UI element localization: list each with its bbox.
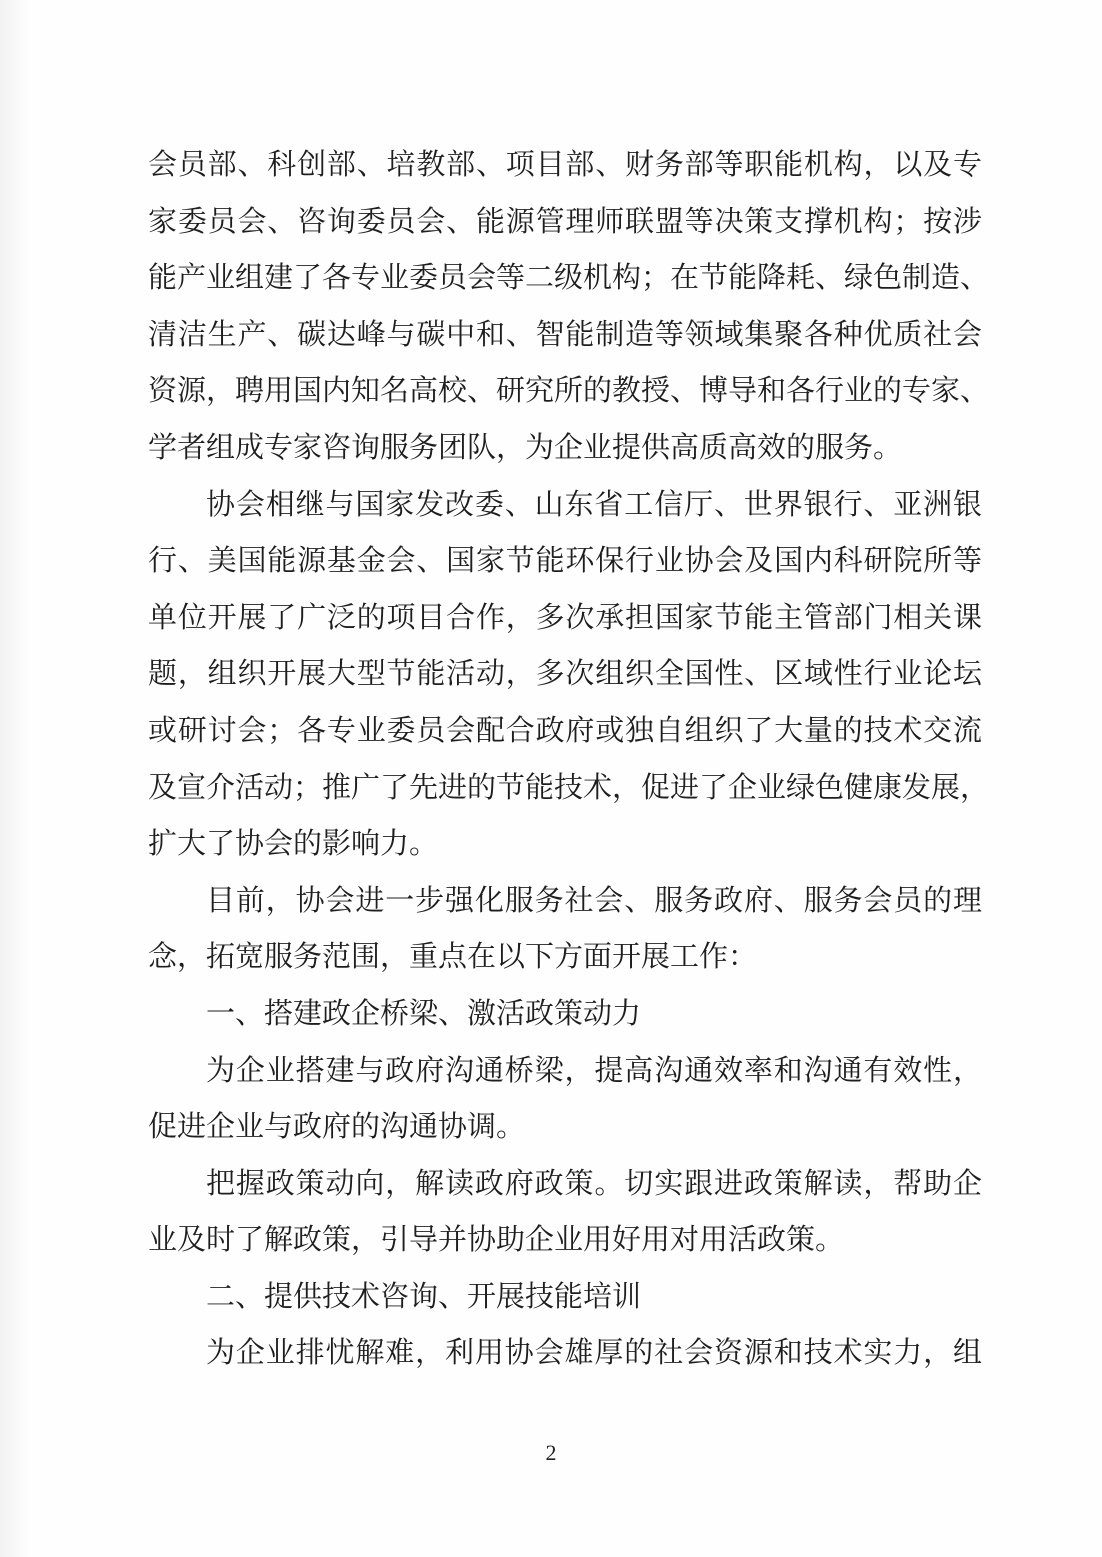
- text-line: 扩大了协会的影响力。: [148, 815, 982, 872]
- text-line: 清洁生产、碳达峰与碳中和、智能制造等领域集聚各种优质社会: [148, 306, 982, 363]
- text-line: 资源，聘用国内知名高校、研究所的教授、博导和各行业的专家、: [148, 362, 982, 419]
- text-line: 学者组成专家咨询服务团队，为企业提供高质高效的服务。: [148, 419, 982, 476]
- text-line: 为企业排忧解难，利用协会雄厚的社会资源和技术实力，组: [148, 1324, 982, 1381]
- scan-shadow-edge: [0, 0, 30, 1557]
- text-line: 单位开展了广泛的项目合作，多次承担国家节能主管部门相关课: [148, 589, 982, 646]
- text-line: 把握政策动向，解读政府政策。切实跟进政策解读，帮助企: [148, 1155, 982, 1212]
- text-line: 目前，协会进一步强化服务社会、服务政府、服务会员的理: [148, 872, 982, 929]
- section-heading: 一、搭建政企桥梁、激活政策动力: [148, 985, 982, 1042]
- document-page: 会员部、科创部、培教部、项目部、财务部等职能机构，以及专 家委员会、咨询委员会、…: [0, 0, 1102, 1557]
- text-line: 促进企业与政府的沟通协调。: [148, 1098, 982, 1155]
- text-line: 能产业组建了各专业委员会等二级机构；在节能降耗、绿色制造、: [148, 249, 982, 306]
- text-line: 或研讨会；各专业委员会配合政府或独自组织了大量的技术交流: [148, 702, 982, 759]
- text-line: 协会相继与国家发改委、山东省工信厅、世界银行、亚洲银: [148, 476, 982, 533]
- text-line: 家委员会、咨询委员会、能源管理师联盟等决策支撑机构；按涉: [148, 193, 982, 250]
- page-number: 2: [0, 1440, 1102, 1466]
- text-line: 行、美国能源基金会、国家节能环保行业协会及国内科研院所等: [148, 532, 982, 589]
- text-line: 业及时了解政策，引导并协助企业用好用对用活政策。: [148, 1211, 982, 1268]
- body-text: 会员部、科创部、培教部、项目部、财务部等职能机构，以及专 家委员会、咨询委员会、…: [148, 136, 982, 1381]
- text-line: 为企业搭建与政府沟通桥梁，提高沟通效率和沟通有效性，: [148, 1042, 982, 1099]
- text-line: 题，组织开展大型节能活动，多次组织全国性、区域性行业论坛: [148, 645, 982, 702]
- text-line: 念，拓宽服务范围，重点在以下方面开展工作：: [148, 928, 982, 985]
- section-heading: 二、提供技术咨询、开展技能培训: [148, 1268, 982, 1325]
- text-line: 及宣介活动；推广了先进的节能技术，促进了企业绿色健康发展，: [148, 759, 982, 816]
- text-line: 会员部、科创部、培教部、项目部、财务部等职能机构，以及专: [148, 136, 982, 193]
